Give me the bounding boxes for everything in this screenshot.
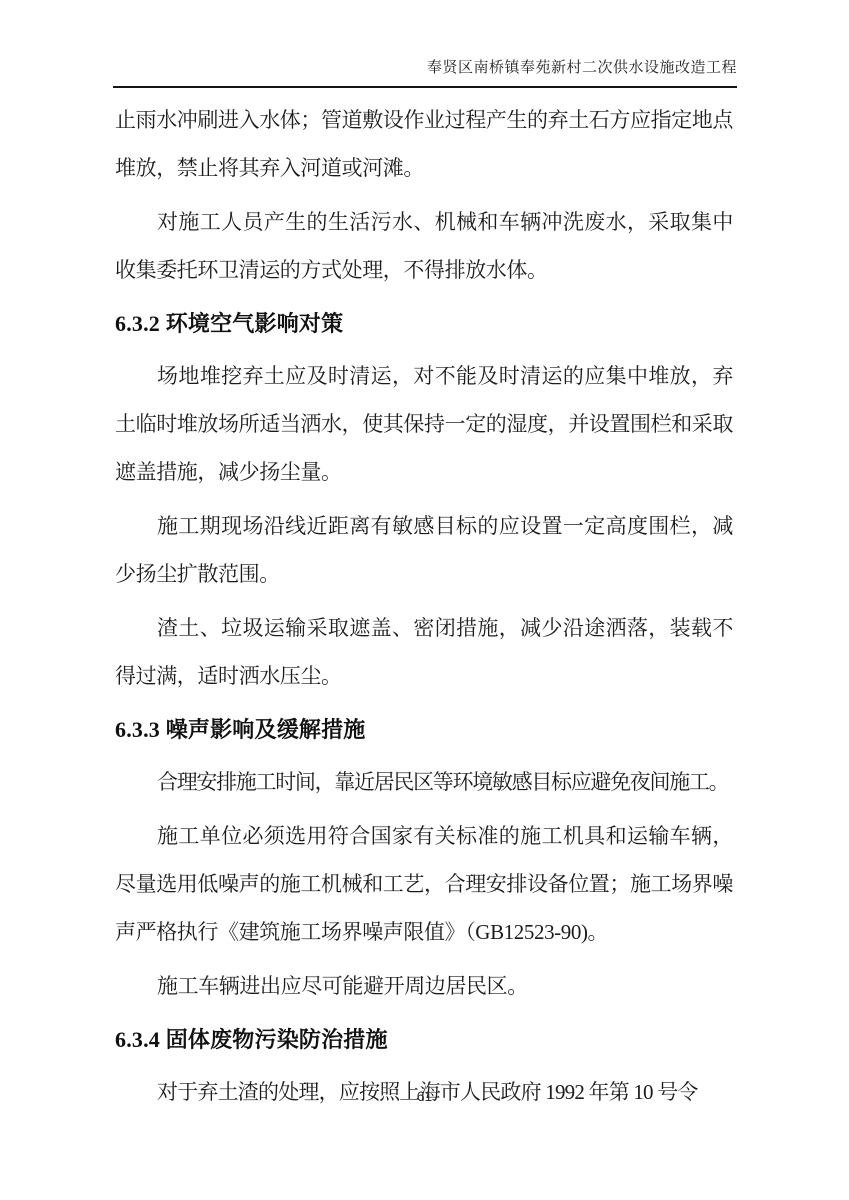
paragraph-muck-transport: 渣土、垃圾运输采取遮盖、密闭措施，减少沿途洒落，装载不得过满，适时洒水压尘。 <box>115 604 733 700</box>
section-heading-6-3-4: 6.3.4 固体废物污染防治措施 <box>115 1016 733 1064</box>
paragraph-runoff-continuation: 止雨水冲刷进入水体；管道敷设作业过程产生的弃土石方应指定地点堆放，禁止将其弃入河… <box>115 96 733 192</box>
paragraph-noise-standard: 施工单位必须选用符合国家有关标准的施工机具和运输车辆，尽量选用低噪声的施工机械和… <box>115 812 733 956</box>
document-page: 奉贤区南桥镇奉苑新村二次供水设施改造工程 止雨水冲刷进入水体；管道敷设作业过程产… <box>0 0 849 1200</box>
paragraph-dust-fence: 施工期现场沿线近距离有敏感目标的应设置一定高度围栏，减少扬尘扩散范围。 <box>115 502 733 598</box>
paragraph-vehicle-routing: 施工车辆进出应尽可能避开周边居民区。 <box>115 962 733 1010</box>
page-number: 61 <box>0 1088 849 1104</box>
paragraph-night-construction: 合理安排施工时间，靠近居民区等环境敏感目标应避免夜间施工。 <box>115 758 733 806</box>
paragraph-spoil-watering: 场地堆挖弃土应及时清运，对不能及时清运的应集中堆放，弃土临时堆放场所适当洒水，使… <box>115 352 733 496</box>
section-heading-6-3-2: 6.3.2 环境空气影响对策 <box>115 300 733 348</box>
paragraph-wastewater: 对施工人员产生的生活污水、机械和车辆冲洗废水，采取集中收集委托环卫清运的方式处理… <box>115 198 733 294</box>
page-header-title: 奉贤区南桥镇奉苑新村二次供水设施改造工程 <box>113 56 737 88</box>
section-heading-6-3-3: 6.3.3 噪声影响及缓解措施 <box>115 706 733 754</box>
document-body: 止雨水冲刷进入水体；管道敷设作业过程产生的弃土石方应指定地点堆放，禁止将其弃入河… <box>115 96 733 1122</box>
